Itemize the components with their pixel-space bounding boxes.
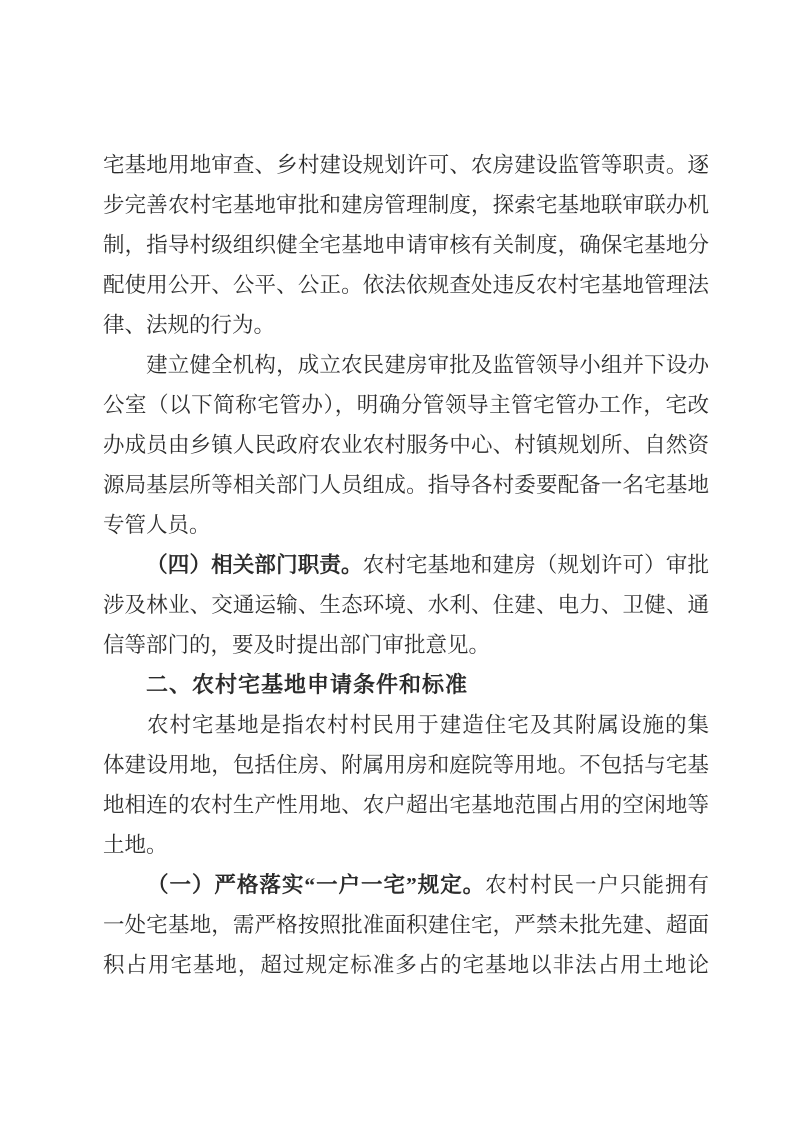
text-line: 律、法规的行为。 <box>103 305 709 345</box>
text-line: 源局基层所等相关部门人员组成。指导各村委要配备一名宅基地 <box>103 465 709 505</box>
text-line: 地相连的农村生产性用地、农户超出宅基地范围占用的空闲地等 <box>103 785 709 825</box>
line-text: 农村宅基地是指农村村民用于建造住宅及其附属设施的集 <box>146 713 709 737</box>
paragraph: 建立健全机构，成立农民建房审批及监管领导小组并下设办公室（以下简称宅管办），明确… <box>103 345 709 545</box>
first-line-indent <box>103 691 146 692</box>
text-line: 土地。 <box>103 825 709 865</box>
text-line: 公室（以下简称宅管办），明确分管领导主管宅管办工作，宅改 <box>103 385 709 425</box>
text-line: 涉及林业、交通运输、生态环境、水利、住建、电力、卫健、通 <box>103 585 709 625</box>
text-line: （四）相关部门职责。农村宅基地和建房（规划许可）审批 <box>103 545 709 585</box>
line-text: 体建设用地，包括住房、附属用房和庭院等用地。不包括与宅基 <box>103 753 709 777</box>
line-text: 二、农村宅基地申请条件和标准 <box>146 672 468 697</box>
line-text: 办成员由乡镇人民政府农业农村服务中心、村镇规划所、自然资 <box>103 433 709 457</box>
line-text: 律、法规的行为。 <box>103 313 275 337</box>
paragraph: 宅基地用地审查、乡村建设规划许可、农房建设监管等职责。逐步完善农村宅基地审批和建… <box>103 145 709 345</box>
line-text: 一处宅基地，需严格按照批准面积建住宅，严禁未批先建、超面 <box>103 913 709 937</box>
bold-lead-in: （一）严格落实“一户一宅”规定。 <box>146 873 485 897</box>
line-text: 农村村民一户只能拥有 <box>485 873 709 897</box>
first-line-indent <box>103 731 146 732</box>
first-line-indent <box>103 371 146 372</box>
line-text: 公室（以下简称宅管办），明确分管领导主管宅管办工作，宅改 <box>103 393 709 417</box>
line-text: 源局基层所等相关部门人员组成。指导各村委要配备一名宅基地 <box>103 473 709 497</box>
text-line: （一）严格落实“一户一宅”规定。农村村民一户只能拥有 <box>103 865 709 905</box>
text-line: 宅基地用地审查、乡村建设规划许可、农房建设监管等职责。逐 <box>103 145 709 185</box>
line-text: 宅基地用地审查、乡村建设规划许可、农房建设监管等职责。逐 <box>103 153 709 177</box>
document-content: 宅基地用地审查、乡村建设规划许可、农房建设监管等职责。逐步完善农村宅基地审批和建… <box>103 145 709 985</box>
line-text: 步完善农村宅基地审批和建房管理制度，探索宅基地联审联办机 <box>103 193 709 217</box>
section-heading: 二、农村宅基地申请条件和标准 <box>103 665 709 705</box>
text-line: 农村宅基地是指农村村民用于建造住宅及其附属设施的集 <box>103 705 709 745</box>
bold-lead-in: （四）相关部门职责。 <box>146 553 363 577</box>
text-line: 专管人员。 <box>103 505 709 545</box>
text-line: 体建设用地，包括住房、附属用房和庭院等用地。不包括与宅基 <box>103 745 709 785</box>
paragraph: （四）相关部门职责。农村宅基地和建房（规划许可）审批涉及林业、交通运输、生态环境… <box>103 545 709 665</box>
line-text: 积占用宅基地，超过规定标准多占的宅基地以非法占用土地论 <box>103 953 709 977</box>
text-line: 制，指导村级组织健全宅基地申请审核有关制度，确保宅基地分 <box>103 225 709 265</box>
first-line-indent <box>103 571 146 572</box>
text-line: 办成员由乡镇人民政府农业农村服务中心、村镇规划所、自然资 <box>103 425 709 465</box>
document-page: 宅基地用地审查、乡村建设规划许可、农房建设监管等职责。逐步完善农村宅基地审批和建… <box>0 0 793 1122</box>
text-line: 一处宅基地，需严格按照批准面积建住宅，严禁未批先建、超面 <box>103 905 709 945</box>
line-text: 建立健全机构，成立农民建房审批及监管领导小组并下设办 <box>146 353 709 377</box>
line-text: 信等部门的，要及时提出部门审批意见。 <box>103 633 490 657</box>
paragraph: （一）严格落实“一户一宅”规定。农村村民一户只能拥有一处宅基地，需严格按照批准面… <box>103 865 709 985</box>
line-text: 涉及林业、交通运输、生态环境、水利、住建、电力、卫健、通 <box>103 593 709 617</box>
line-text: 农村宅基地和建房（规划许可）审批 <box>363 553 709 577</box>
text-line: 二、农村宅基地申请条件和标准 <box>103 665 709 705</box>
text-line: 信等部门的，要及时提出部门审批意见。 <box>103 625 709 665</box>
text-line: 建立健全机构，成立农民建房审批及监管领导小组并下设办 <box>103 345 709 385</box>
line-text: 地相连的农村生产性用地、农户超出宅基地范围占用的空闲地等 <box>103 793 709 817</box>
line-text: 配使用公开、公平、公正。依法依规查处违反农村宅基地管理法 <box>103 273 709 297</box>
text-line: 步完善农村宅基地审批和建房管理制度，探索宅基地联审联办机 <box>103 185 709 225</box>
paragraph: 农村宅基地是指农村村民用于建造住宅及其附属设施的集体建设用地，包括住房、附属用房… <box>103 705 709 865</box>
text-line: 配使用公开、公平、公正。依法依规查处违反农村宅基地管理法 <box>103 265 709 305</box>
line-text: 制，指导村级组织健全宅基地申请审核有关制度，确保宅基地分 <box>103 233 709 257</box>
line-text: 土地。 <box>103 833 168 857</box>
first-line-indent <box>103 891 146 892</box>
text-line: 积占用宅基地，超过规定标准多占的宅基地以非法占用土地论 <box>103 945 709 985</box>
line-text: 专管人员。 <box>103 513 211 537</box>
